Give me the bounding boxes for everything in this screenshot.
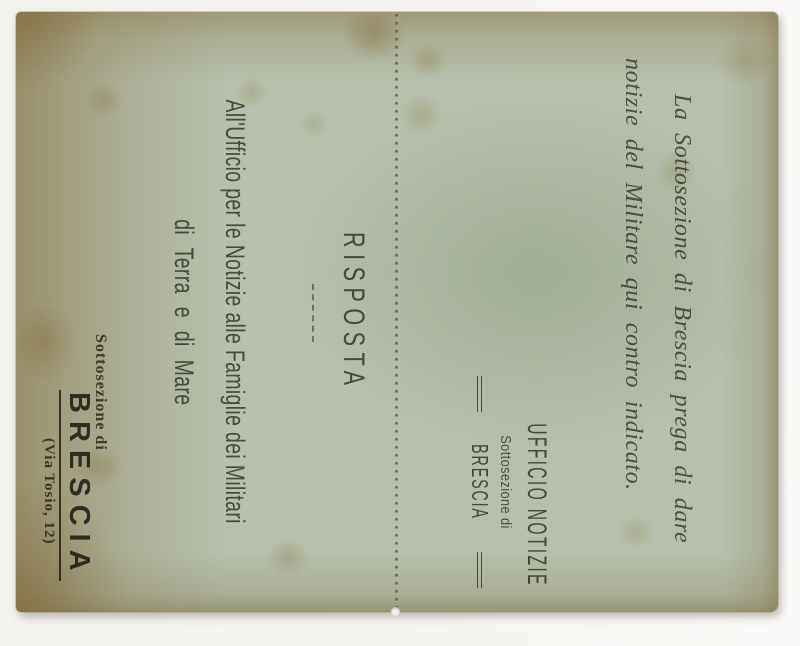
reply-panel: RISPOSTA All'Ufficio per le Notizie alle… xyxy=(16,12,400,612)
notice-panel-content: La Sottosezione di Brescia prega di dare… xyxy=(400,12,776,612)
sender-city: BRESCIA xyxy=(59,390,95,581)
address-line-1: All'Ufficio per le Notizie alle Famiglie… xyxy=(219,12,250,612)
office-city: BRESCIA xyxy=(466,444,493,520)
reply-title: RISPOSTA xyxy=(336,12,370,612)
request-line-1: La Sottosezione di Brescia prega di dare xyxy=(657,58,706,573)
request-line-2: notizie del Militare qui contro indicato… xyxy=(608,58,657,573)
double-rule-right xyxy=(477,552,482,588)
office-subtitle: Sottosezione di xyxy=(496,364,514,600)
office-block: UFFICIO NOTIZIE Sottosezione di BRESCIA xyxy=(466,364,552,600)
perforation-notch xyxy=(391,607,400,616)
postcard: RISPOSTA All'Ufficio per le Notizie alle… xyxy=(16,12,778,612)
double-rule-left xyxy=(477,376,482,412)
office-city-row: BRESCIA xyxy=(466,364,493,600)
notice-panel: La Sottosezione di Brescia prega di dare… xyxy=(400,12,776,612)
request-paragraph: La Sottosezione di Brescia prega di dare… xyxy=(608,58,706,573)
office-title: UFFICIO NOTIZIE xyxy=(521,364,552,600)
perforation-line xyxy=(395,14,398,609)
reply-title-text: RISPOSTA xyxy=(336,232,370,391)
reply-panel-content: RISPOSTA All'Ufficio per le Notizie alle… xyxy=(16,12,400,612)
address-line-2: di Terra e di Mare xyxy=(168,12,199,612)
reply-title-rule xyxy=(312,284,314,342)
sender-street: (Via Tosio, 12) xyxy=(40,438,57,581)
sender-address-block: Sottosezione di BRESCIA (Via Tosio, 12) xyxy=(40,334,109,581)
